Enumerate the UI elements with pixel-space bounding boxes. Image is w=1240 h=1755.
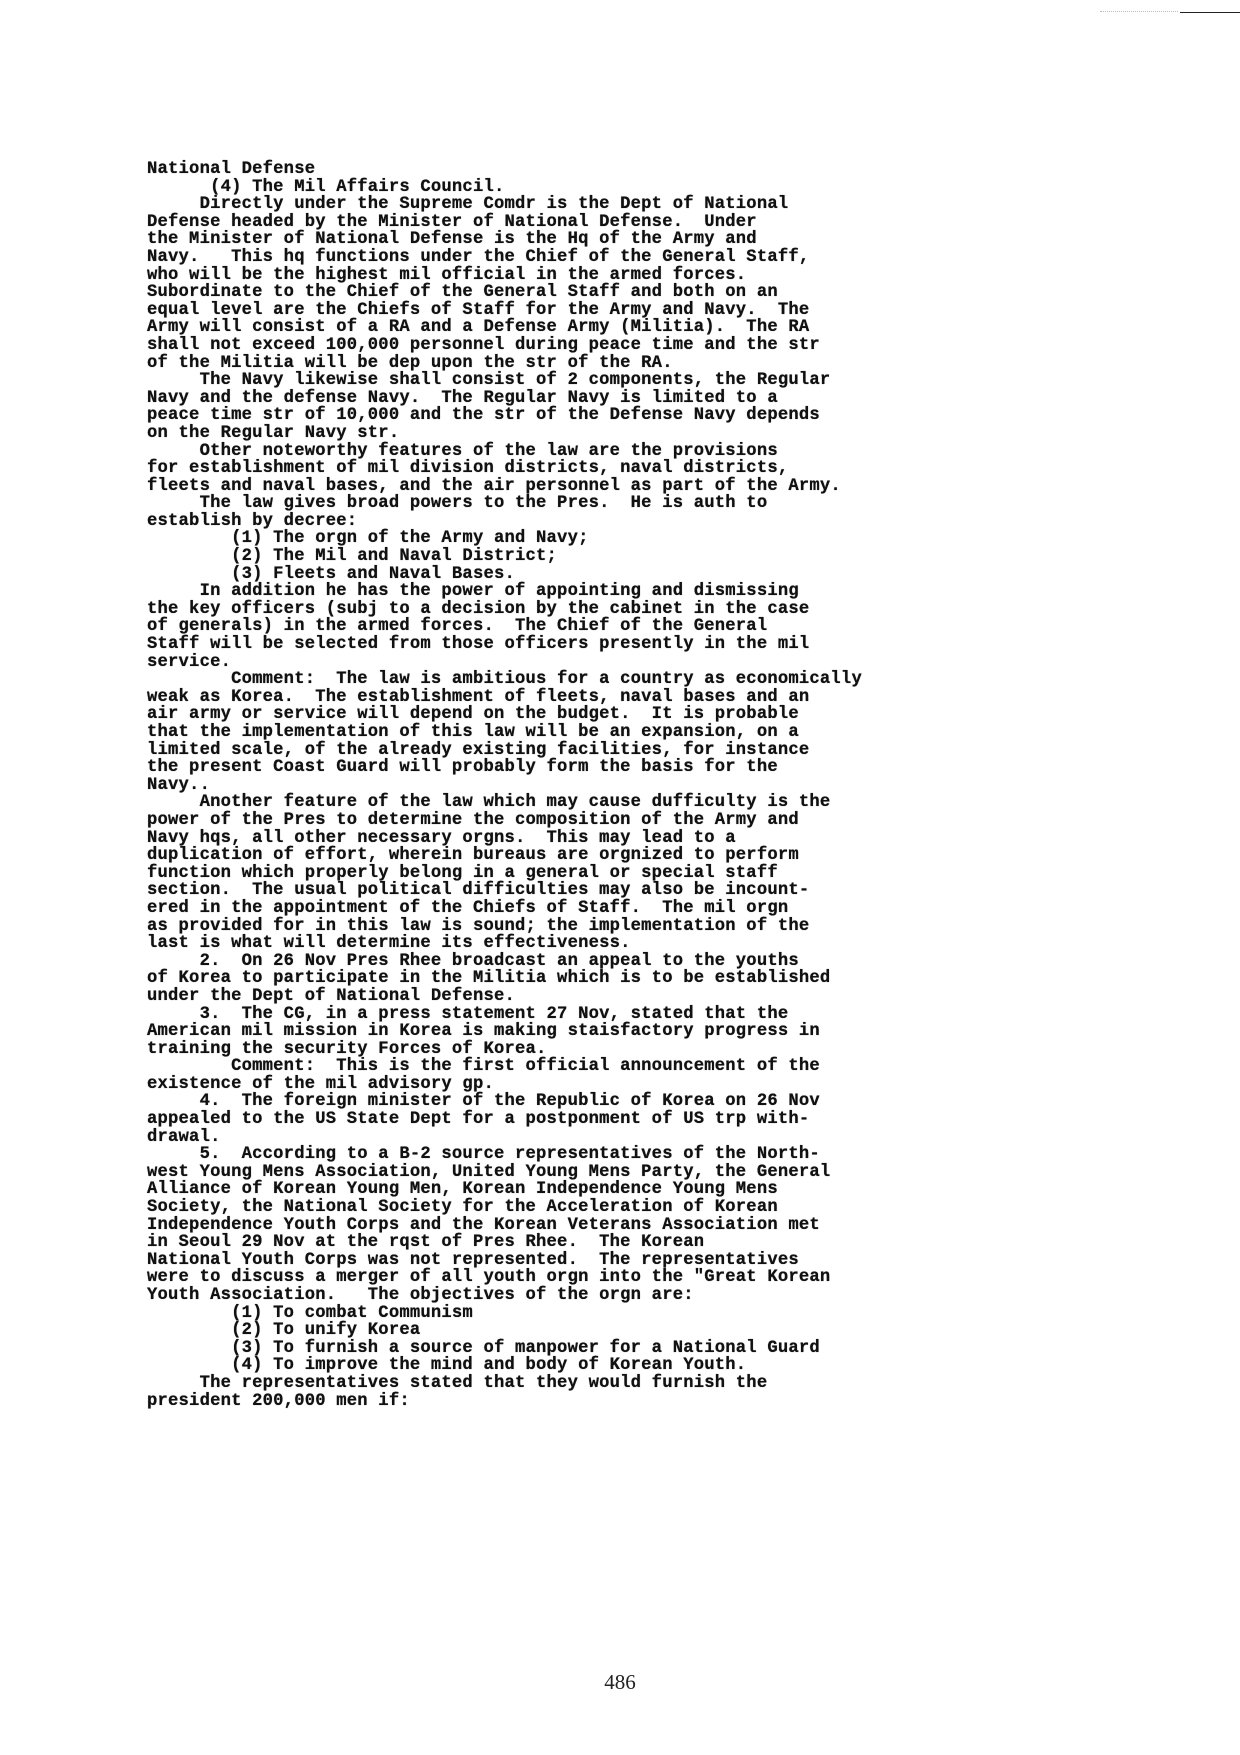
text-line: the Minister of National Defense is the … bbox=[147, 231, 977, 249]
document-body: National Defense (4) The Mil Affairs Cou… bbox=[147, 161, 977, 1410]
text-line: training the security Forces of Korea. bbox=[147, 1041, 977, 1059]
text-line: American mil mission in Korea is making … bbox=[147, 1023, 977, 1041]
text-line: service. bbox=[147, 654, 977, 672]
text-line: Navy.. bbox=[147, 777, 977, 795]
scan-artifact bbox=[1100, 11, 1178, 14]
text-line: existence of the mil advisory gp. bbox=[147, 1076, 977, 1094]
text-line: under the Dept of National Defense. bbox=[147, 988, 977, 1006]
text-line: Independence Youth Corps and the Korean … bbox=[147, 1217, 977, 1235]
text-line: Society, the National Society for the Ac… bbox=[147, 1199, 977, 1217]
document-page: National Defense (4) The Mil Affairs Cou… bbox=[0, 0, 1240, 1755]
text-line: appealed to the US State Dept for a post… bbox=[147, 1111, 977, 1129]
text-line: weak as Korea. The establishment of flee… bbox=[147, 689, 977, 707]
text-line: air army or service will depend on the b… bbox=[147, 706, 977, 724]
text-line: section. The usual political difficultie… bbox=[147, 882, 977, 900]
text-line: power of the Pres to determine the compo… bbox=[147, 812, 977, 830]
text-line: (3) To furnish a source of manpower for … bbox=[147, 1340, 977, 1358]
text-line: 2. On 26 Nov Pres Rhee broadcast an appe… bbox=[147, 953, 977, 971]
text-line: Navy and the defense Navy. The Regular N… bbox=[147, 390, 977, 408]
text-line: In addition he has the power of appointi… bbox=[147, 583, 977, 601]
text-line: were to discuss a merger of all youth or… bbox=[147, 1269, 977, 1287]
text-line: 5. According to a B-2 source representat… bbox=[147, 1146, 977, 1164]
text-line: Army will consist of a RA and a Defense … bbox=[147, 319, 977, 337]
text-line: (2) The Mil and Naval District; bbox=[147, 548, 977, 566]
text-line: equal level are the Chiefs of Staff for … bbox=[147, 302, 977, 320]
text-line: National Defense bbox=[147, 161, 977, 179]
text-line: establish by decree: bbox=[147, 513, 977, 531]
text-line: the present Coast Guard will probably fo… bbox=[147, 759, 977, 777]
text-line: (1) To combat Communism bbox=[147, 1305, 977, 1323]
text-line: duplication of effort, wherein bureaus a… bbox=[147, 847, 977, 865]
text-line: Alliance of Korean Young Men, Korean Ind… bbox=[147, 1181, 977, 1199]
text-line: of the Militia will be dep upon the str … bbox=[147, 355, 977, 373]
text-line: peace time str of 10,000 and the str of … bbox=[147, 407, 977, 425]
text-line: function which properly belong in a gene… bbox=[147, 865, 977, 883]
text-line: shall not exceed 100,000 personnel durin… bbox=[147, 337, 977, 355]
text-line: Subordinate to the Chief of the General … bbox=[147, 284, 977, 302]
text-line: limited scale, of the already existing f… bbox=[147, 742, 977, 760]
text-line: Other noteworthy features of the law are… bbox=[147, 443, 977, 461]
text-line: Navy. This hq functions under the Chief … bbox=[147, 249, 977, 267]
text-line: (4) To improve the mind and body of Kore… bbox=[147, 1357, 977, 1375]
text-line: of generals) in the armed forces. The Ch… bbox=[147, 618, 977, 636]
text-line: Another feature of the law which may cau… bbox=[147, 794, 977, 812]
text-line: (2) To unify Korea bbox=[147, 1322, 977, 1340]
text-line: (3) Fleets and Naval Bases. bbox=[147, 566, 977, 584]
text-line: in Seoul 29 Nov at the rqst of Pres Rhee… bbox=[147, 1234, 977, 1252]
text-line: National Youth Corps was not represented… bbox=[147, 1252, 977, 1270]
text-line: Defense headed by the Minister of Nation… bbox=[147, 214, 977, 232]
text-line: for establishment of mil division distri… bbox=[147, 460, 977, 478]
text-line: Staff will be selected from those office… bbox=[147, 636, 977, 654]
text-line: as provided for in this law is sound; th… bbox=[147, 918, 977, 936]
text-line: Youth Association. The objectives of the… bbox=[147, 1287, 977, 1305]
text-line: on the Regular Navy str. bbox=[147, 425, 977, 443]
text-line: (4) The Mil Affairs Council. bbox=[147, 179, 977, 197]
text-line: Comment: This is the first official anno… bbox=[147, 1058, 977, 1076]
text-line: 3. The CG, in a press statement 27 Nov, … bbox=[147, 1006, 977, 1024]
text-line: last is what will determine its effectiv… bbox=[147, 935, 977, 953]
text-line: that the implementation of this law will… bbox=[147, 724, 977, 742]
text-line: Directly under the Supreme Comdr is the … bbox=[147, 196, 977, 214]
text-line: fleets and naval bases, and the air pers… bbox=[147, 478, 977, 496]
text-line: Comment: The law is ambitious for a coun… bbox=[147, 671, 977, 689]
text-line: The law gives broad powers to the Pres. … bbox=[147, 495, 977, 513]
text-line: the key officers (subj to a decision by … bbox=[147, 601, 977, 619]
text-line: drawal. bbox=[147, 1129, 977, 1147]
page-number: 486 bbox=[0, 1670, 1240, 1695]
text-line: Navy hqs, all other necessary orgns. Thi… bbox=[147, 830, 977, 848]
text-line: (1) The orgn of the Army and Navy; bbox=[147, 530, 977, 548]
text-line: president 200,000 men if: bbox=[147, 1393, 977, 1411]
text-line: ered in the appointment of the Chiefs of… bbox=[147, 900, 977, 918]
text-line: west Young Mens Association, United Youn… bbox=[147, 1164, 977, 1182]
text-line: The representatives stated that they wou… bbox=[147, 1375, 977, 1393]
scan-edge-line bbox=[1180, 12, 1240, 13]
text-line: The Navy likewise shall consist of 2 com… bbox=[147, 372, 977, 390]
text-line: of Korea to participate in the Militia w… bbox=[147, 970, 977, 988]
text-line: who will be the highest mil official in … bbox=[147, 267, 977, 285]
text-line: 4. The foreign minister of the Republic … bbox=[147, 1093, 977, 1111]
